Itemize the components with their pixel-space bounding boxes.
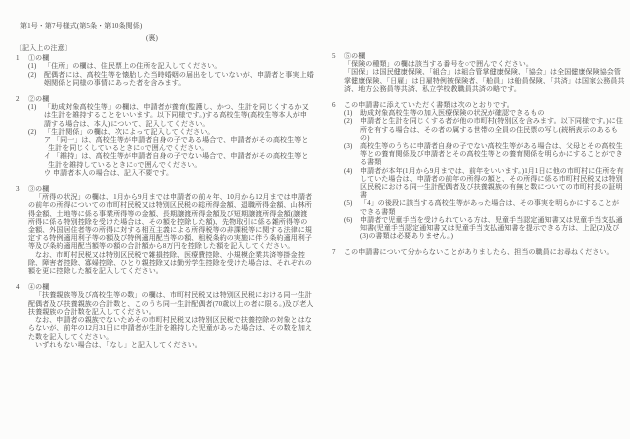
block-text: 「助成対象高校生等」の欄は、申請者が養育(監護し、かつ、生計を同じくするか又は生… [44, 103, 309, 127]
block-text: 申請者で児童手当を受けられている方は、児童手当認定通知書又は児童手当支払通知書(… [360, 216, 623, 240]
section-number: 1 [14, 54, 28, 62]
text-block: (6)申請者で児童手当を受けられている方は、児童手当認定通知書又は児童手当支払通… [330, 216, 626, 241]
block-label: (1) [344, 109, 360, 117]
section-heading-row: 6この申請書に添えていただく書類は次のとおりです。 [330, 101, 626, 109]
block-text: 「扶養親族等及び高校生等の数」の欄は、市町村民税又は特別区民税における同一生計配… [28, 291, 313, 315]
section-heading-row: 7この申請書について分からないことがありましたら、担当の職員にお尋ねください。 [330, 248, 626, 256]
section-title: この申請書に添えていただく書類は次のとおりです。 [344, 101, 626, 109]
block-text: 「4」の後段に該当する高校生等があった場合は、その事実を明らかにすることができる… [360, 199, 619, 215]
block-text: いずれもない場合は、「なし」と記入してください。 [35, 341, 202, 349]
section-3: 3③の欄「所得の状況」の欄は、1月から9月までは申請者の前々年、10月から12月… [14, 185, 314, 275]
block-label: (3) [344, 142, 360, 150]
text-block: (1)「助成対象高校生等」の欄は、申請者が養育(監護し、かつ、生計を同じくするか… [14, 103, 314, 128]
block-text: 「国保」は国民健康保険、「組合」は組合管掌健康保険、「協会」は全国健康保険協会管… [344, 68, 625, 92]
block-label: ア [44, 136, 53, 144]
section-number: 3 [14, 185, 28, 193]
text-block: イ「維持」は、高校生等が申請者自身の子でない場合で、申請者がその高校生等と生計を… [14, 152, 314, 168]
block-text: 「保険の種類」の欄は該当する番号を○で囲んでください。 [344, 60, 533, 68]
text-block: 「扶養親族等及び高校生等の数」の欄は、市町村民税又は特別区民税における同一生計配… [14, 291, 314, 316]
text-block: (5)「4」の後段に該当する高校生等があった場合は、その事実を明らかにすることが… [330, 199, 626, 215]
block-label: (2) [344, 117, 360, 125]
block-text: 配偶者には、高校生等を懐胎した当時婚姻の届出をしていないが、申請者と事実上婚姻関… [44, 71, 314, 87]
document-page: 第1号・第7号様式(第5条・第10条関係) (裏) 〔記入上の注意〕 1①の欄(… [0, 0, 630, 439]
block-text: 「生計関係」の欄は、次によって記入してください。 [44, 128, 214, 136]
block-text: 高校生等のうちに申請者自身の子でない高校生等がある場合は、父母とその高校生等との… [360, 142, 623, 166]
page-side-label: (裏) [146, 34, 158, 42]
block-text: 「所得の状況」の欄は、1月から9月までは申請者の前々年、10月から12月までは申… [28, 193, 312, 250]
block-label: (6) [344, 216, 360, 224]
block-text: 「住所」の欄は、住民票上の住所を記入してください。 [44, 62, 222, 70]
section-number: 2 [14, 95, 28, 103]
text-block: (1)「住所」の欄は、住民票上の住所を記入してください。 [14, 62, 314, 70]
section-5: 5⑤の欄「保険の種類」の欄は該当する番号を○で囲んでください。「国保」は国民健康… [330, 52, 626, 93]
block-label: イ [44, 152, 53, 160]
section-heading-row: 2②の欄 [14, 95, 314, 103]
form-number-label: 第1号・第7号様式(第5条・第10条関係) [20, 22, 142, 30]
text-block: なお、市町村民税又は特別区民税で雑損控除、医療費控除、小規模企業共済等掛金控除、… [14, 251, 314, 276]
section-number: 4 [14, 283, 28, 291]
block-text: 申請者と生計を同じくする者が他の市町村(特別区を含みます。以下同様です。)に住所… [360, 117, 623, 141]
text-block: ア「同一」は、高校生等が申請者自身の子である場合で、申請者がその高校生等と生計を… [14, 136, 314, 152]
column-left: 〔記入上の注意〕 1①の欄(1)「住所」の欄は、住民票上の住所を記入してください… [14, 44, 314, 357]
text-block: (2)配偶者には、高校生等を懐胎した当時婚姻の届出をしていないが、申請者と事実上… [14, 71, 314, 87]
block-text: なお、市町村民税又は特別区民税で雑損控除、医療費控除、小規模企業共済等掛金控除、… [28, 251, 312, 275]
section-4: 4④の欄「扶養親族等及び高校生等の数」の欄は、市町村民税又は特別区民税における同… [14, 283, 314, 349]
section-number: 5 [330, 52, 344, 60]
section-title: この申請書について分からないことがありましたら、担当の職員にお尋ねください。 [344, 248, 626, 256]
text-block: (4)申請者が本年(1月から9月までは、前年をいいます。)1月1日に他の市町村に… [330, 167, 626, 200]
section-title: ⑤の欄 [344, 52, 626, 60]
section-6: 6この申請書に添えていただく書類は次のとおりです。(1)助成対象高校生等の加入医… [330, 101, 626, 240]
block-label: (1) [28, 62, 44, 70]
block-label: ウ [44, 169, 53, 177]
section-7: 7この申請書について分からないことがありましたら、担当の職員にお尋ねください。 [330, 248, 626, 256]
text-block: (3)高校生等のうちに申請者自身の子でない高校生等がある場合は、父母とその高校生… [330, 142, 626, 167]
block-label: (2) [28, 128, 44, 136]
text-block: いずれもない場合は、「なし」と記入してください。 [14, 341, 314, 349]
block-label: (2) [28, 71, 44, 79]
block-label: (4) [344, 167, 360, 175]
column-right: 5⑤の欄「保険の種類」の欄は該当する番号を○で囲んでください。「国保」は国民健康… [330, 52, 626, 265]
section-heading-row: 5⑤の欄 [330, 52, 626, 60]
section-1: 1①の欄(1)「住所」の欄は、住民票上の住所を記入してください。(2)配偶者には… [14, 54, 314, 87]
section-2: 2②の欄(1)「助成対象高校生等」の欄は、申請者が養育(監護し、かつ、生計を同じ… [14, 95, 314, 177]
text-block: なお、申請者の親族でないためその市町村民税又は特別区民税で扶養控除の対象とはなら… [14, 316, 314, 341]
block-text: 「同一」は、高校生等が申請者自身の子である場合で、申請者がその高校生等と生計を同… [48, 136, 308, 152]
text-block: (2)申請者と生計を同じくする者が他の市町村(特別区を含みます。以下同様です。)… [330, 117, 626, 142]
text-block: 「国保」は国民健康保険、「組合」は組合管掌健康保険、「協会」は全国健康保険協会管… [330, 68, 626, 93]
block-text: 申請者本人の場合は、記入不要です。 [53, 169, 173, 177]
text-block: 「所得の状況」の欄は、1月から9月までは申請者の前々年、10月から12月までは申… [14, 193, 314, 250]
section-number: 6 [330, 101, 344, 109]
block-label: (5) [344, 199, 360, 207]
block-label: (1) [28, 103, 44, 111]
text-block: ウ申請者本人の場合は、記入不要です。 [14, 169, 314, 177]
section-number: 7 [330, 248, 344, 256]
block-text: 「維持」は、高校生等が申請者自身の子でない場合で、申請者がその高校生等と生計を維… [48, 152, 308, 168]
notes-title: 〔記入上の注意〕 [15, 44, 314, 52]
block-text: なお、申請者の親族でないためその市町村民税又は特別区民税で扶養控除の対象とはなら… [28, 316, 312, 340]
block-text: 申請者が本年(1月から9月までは、前年をいいます。)1月1日に他の市町村に住所を… [360, 167, 624, 200]
section-title: ②の欄 [28, 95, 314, 103]
text-block: (2)「生計関係」の欄は、次によって記入してください。 [14, 128, 314, 136]
